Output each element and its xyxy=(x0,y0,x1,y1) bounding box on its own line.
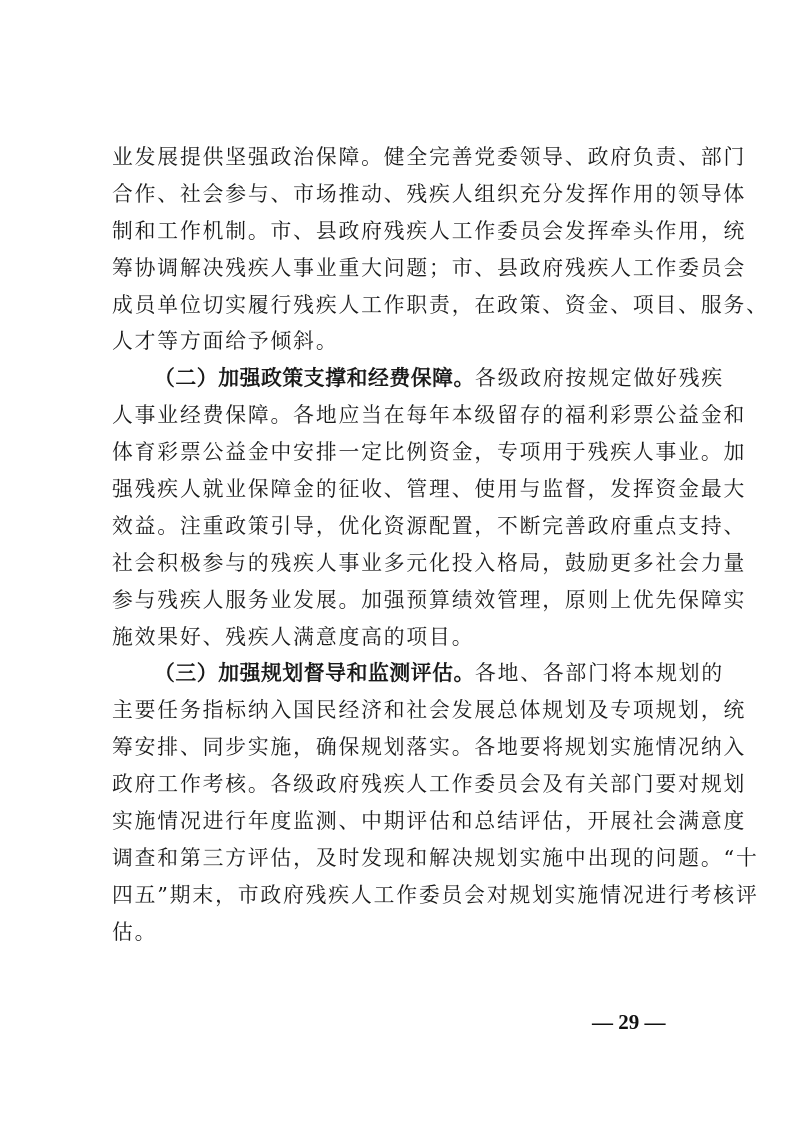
text-line: 业发展提供坚强政治保障。健全完善党委领导、政府负责、部门 xyxy=(112,139,672,176)
text-line: 参与残疾人服务业发展。加强预算绩效管理，原则上优先保障实 xyxy=(112,582,672,619)
text-line: 合作、社会参与、市场推动、残疾人组织充分发挥作用的领导体 xyxy=(112,176,672,213)
section-heading-2: （二）加强政策支撑和经费保障。 xyxy=(154,366,475,390)
text-line: 人才等方面给予倾斜。 xyxy=(112,323,672,360)
paragraph-3: （三）加强规划督导和监测评估。各地、各部门将本规划的 主要任务指标纳入国民经济和… xyxy=(112,655,672,950)
text-run: 各级政府按规定做好残疾 xyxy=(475,366,724,390)
text-line: 主要任务指标纳入国民经济和社会发展总体规划及专项规划，统 xyxy=(112,692,672,729)
document-page: 业发展提供坚强政治保障。健全完善党委领导、政府负责、部门 合作、社会参与、市场推… xyxy=(0,0,793,1122)
text-line: 社会积极参与的残疾人事业多元化投入格局，鼓励更多社会力量 xyxy=(112,545,672,582)
paragraph-1: 业发展提供坚强政治保障。健全完善党委领导、政府负责、部门 合作、社会参与、市场推… xyxy=(112,139,672,360)
text-line: 实施情况进行年度监测、中期评估和总结评估，开展社会满意度 xyxy=(112,803,672,840)
text-line: 估。 xyxy=(112,914,672,951)
text-line: 调查和第三方评估，及时发现和解决规划实施中出现的问题。“十 xyxy=(112,840,672,877)
text-line: 成员单位切实履行残疾人工作职责，在政策、资金、项目、服务、 xyxy=(112,287,672,324)
document-body: 业发展提供坚强政治保障。健全完善党委领导、政府负责、部门 合作、社会参与、市场推… xyxy=(112,139,672,951)
text-line: 筹协调解决残疾人事业重大问题；市、县政府残疾人工作委员会 xyxy=(112,250,672,287)
text-line: 四五”期末，市政府残疾人工作委员会对规划实施情况进行考核评 xyxy=(112,877,672,914)
text-line: 人事业经费保障。各地应当在每年本级留存的福利彩票公益金和 xyxy=(112,397,672,434)
text-line: 强残疾人就业保障金的征收、管理、使用与监督，发挥资金最大 xyxy=(112,471,672,508)
text-line: 制和工作机制。市、县政府残疾人工作委员会发挥牵头作用，统 xyxy=(112,213,672,250)
paragraph-first-line: （三）加强规划督导和监测评估。各地、各部门将本规划的 xyxy=(112,655,672,692)
text-line: 施效果好、残疾人满意度高的项目。 xyxy=(112,619,672,656)
text-line: 效益。注重政策引导，优化资源配置，不断完善政府重点支持、 xyxy=(112,508,672,545)
text-run: 各地、各部门将本规划的 xyxy=(475,661,724,685)
paragraph-2: （二）加强政策支撑和经费保障。各级政府按规定做好残疾 人事业经费保障。各地应当在… xyxy=(112,360,672,655)
text-line: 体育彩票公益金中安排一定比例资金，专项用于残疾人事业。加 xyxy=(112,434,672,471)
paragraph-first-line: （二）加强政策支撑和经费保障。各级政府按规定做好残疾 xyxy=(112,360,672,397)
page-number: — 29 — xyxy=(592,1010,666,1035)
section-heading-3: （三）加强规划督导和监测评估。 xyxy=(154,661,475,685)
text-line: 筹安排、同步实施，确保规划落实。各地要将规划实施情况纳入 xyxy=(112,729,672,766)
text-line: 政府工作考核。各级政府残疾人工作委员会及有关部门要对规划 xyxy=(112,766,672,803)
